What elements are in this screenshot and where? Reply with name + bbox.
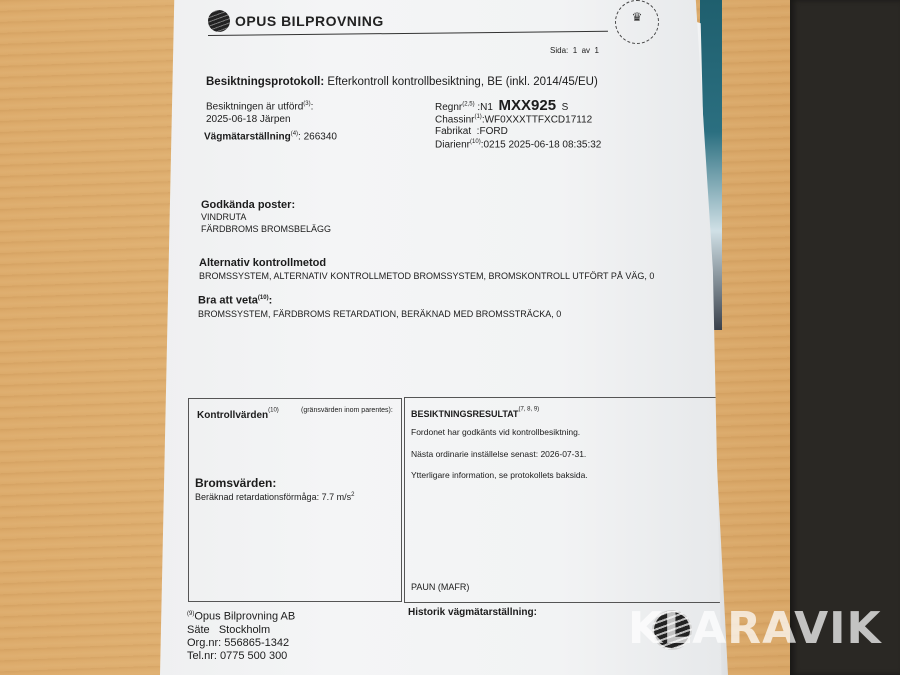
dark-floor-background xyxy=(790,0,900,675)
chassis-row: Chassinr(1):WF0XXXTTFXCD17112 xyxy=(435,114,592,125)
registration-number: MXX925 xyxy=(499,97,557,114)
approved-heading: Godkända poster: xyxy=(201,199,331,211)
opus-globe-logo-icon xyxy=(208,10,230,32)
make-row: Fabrikat :FORD xyxy=(435,126,508,137)
inspection-performed: Besiktningen är utförd(3): 2025-06-18 Jä… xyxy=(206,98,313,126)
odometer-reading: Vägmätarställning(4): 266340 xyxy=(204,131,337,142)
swedac-accreditation-stamp-icon: ♛ xyxy=(615,0,659,44)
approved-item: FÄRDBROMS BROMSBELÄGG xyxy=(201,223,331,235)
inspector-id: PAUN (MAFR) xyxy=(411,582,469,592)
regnr-row: Regnr(2,5) :N1 MXX925 S xyxy=(435,97,568,114)
approved-items-section: Godkända poster: VINDRUTA FÄRDBROMS BROM… xyxy=(201,199,331,235)
next-inspection-date: Nästa ordinarie inställelse senast: 2026… xyxy=(411,449,586,459)
brake-values-heading: Bromsvärden: xyxy=(195,476,276,490)
brake-deceleration: Beräknad retardationsförmåga: 7.7 m/s2 xyxy=(195,492,354,502)
control-values-box: Kontrollvärden(10) (gränsvärden inom par… xyxy=(188,398,402,602)
brand-name: OPUS BILPROVNING xyxy=(235,13,384,29)
diary-row: Diarienr(10):0215 2025-06-18 08:35:32 xyxy=(435,139,601,150)
result-approved: Fordonet har godkänts vid kontrollbesikt… xyxy=(411,427,580,437)
alternative-method-section: Alternativ kontrollmetod BROMSSYSTEM, AL… xyxy=(199,257,654,283)
odometer-history-heading: Historik vägmätarställning: xyxy=(408,607,537,618)
klaravik-watermark: KLARAVIK xyxy=(628,603,882,654)
protocol-title: Besiktningsprotokoll: Efterkontroll kont… xyxy=(206,76,598,88)
page-indicator: Sida: 1 av 1 xyxy=(550,46,599,55)
inspection-date-place: 2025-06-18 Järpen xyxy=(206,114,291,125)
inspection-document: OPUS BILPROVNING ♛ Sida: 1 av 1 Besiktni… xyxy=(160,0,730,675)
brand-logo: OPUS BILPROVNING xyxy=(208,10,384,32)
good-to-know-section: Bra att veta(10): BROMSSYSTEM, FÄRDBROMS… xyxy=(198,292,561,321)
company-footer: (9)Opus Bilprovning AB Säte Stockholm Or… xyxy=(187,608,295,663)
inspection-result-box: BESIKTNINGSRESULTAT(7, 8, 9) Fordonet ha… xyxy=(404,397,726,603)
approved-item: VINDRUTA xyxy=(201,211,331,223)
